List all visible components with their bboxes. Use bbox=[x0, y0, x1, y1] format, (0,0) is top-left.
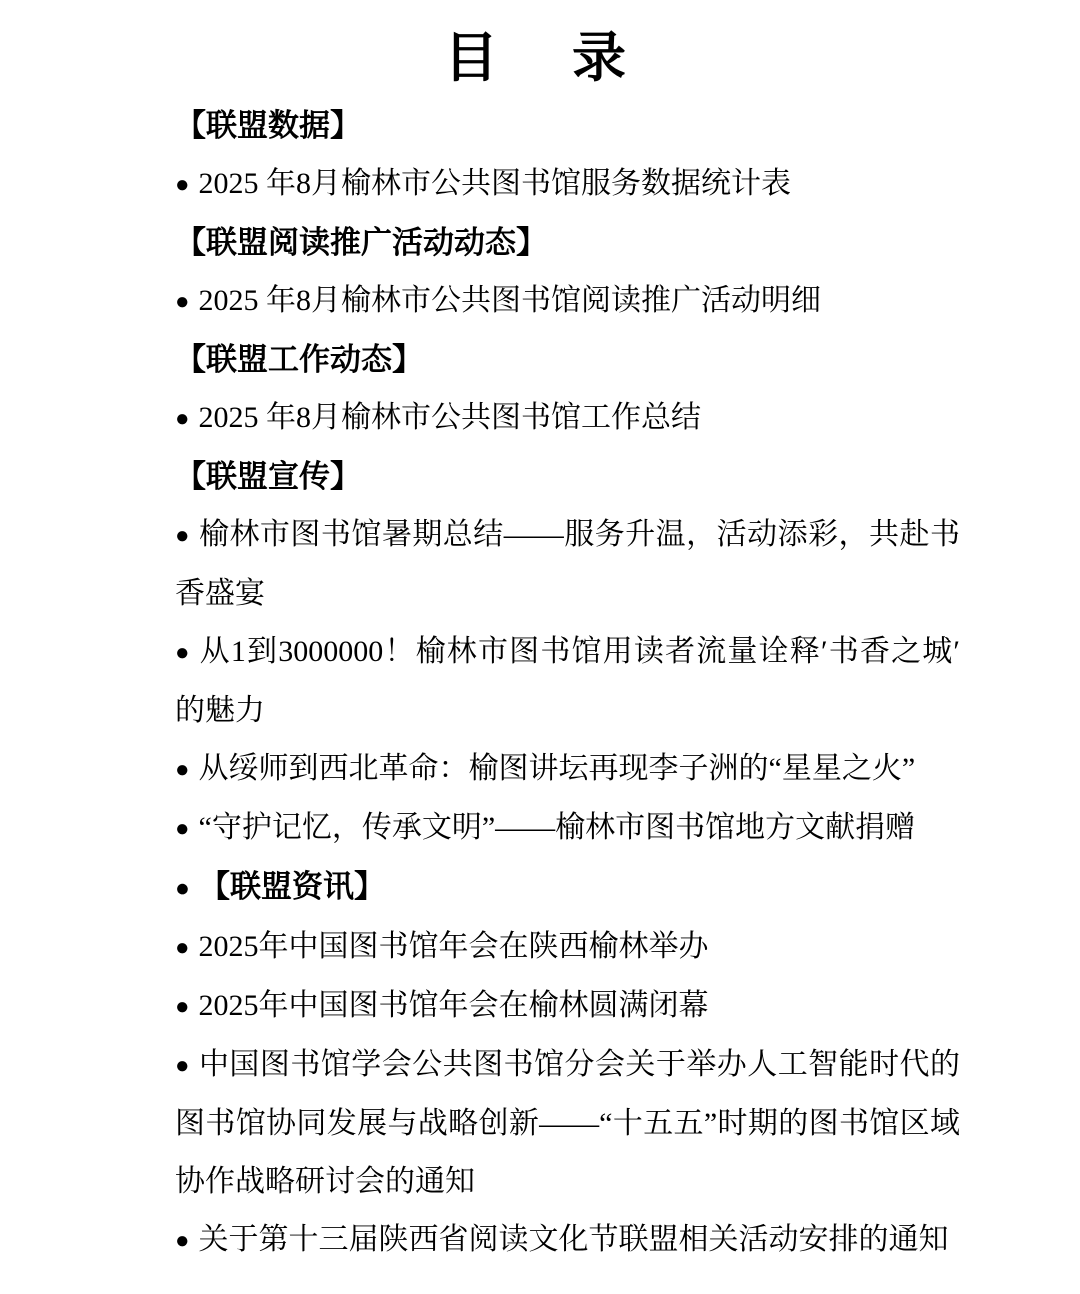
bullet-icon: ● bbox=[175, 1037, 190, 1095]
bullet-icon: ● bbox=[175, 624, 190, 682]
bullet-icon: ● bbox=[175, 860, 190, 918]
document-page: 目 录 【联盟数据】 ●2025 年8月榆林市公共图书馆服务数据统计表 【联盟阅… bbox=[0, 0, 1080, 1294]
toc-item-label: 2025 年8月榆林市公共图书馆阅读推广活动明细 bbox=[199, 284, 822, 317]
toc-item-label: 从绥师到西北革命：榆图讲坛再现李子洲的“星星之火” bbox=[199, 752, 916, 785]
toc-item-label: “守护记忆，传承文明”——榆林市图书馆地方文献捐赠 bbox=[199, 811, 916, 844]
toc-item-label: 2025年中国图书馆年会在榆林圆满闭幕 bbox=[199, 989, 709, 1022]
toc-item-label: 中国图书馆学会公共图书馆分会关于举办人工智能时代的图书馆协同发展与战略创新——“… bbox=[175, 1048, 960, 1198]
bullet-icon: ● bbox=[175, 741, 190, 799]
toc-section-heading: 【联盟阅读推广活动动态】 bbox=[175, 214, 960, 272]
toc-item: ●2025 年8月榆林市公共图书馆阅读推广活动明细 bbox=[175, 272, 960, 331]
toc-item: ●2025 年8月榆林市公共图书馆服务数据统计表 bbox=[175, 155, 960, 214]
toc-heading-label: 【联盟工作动态】 bbox=[175, 342, 423, 377]
toc-content: 【联盟数据】 ●2025 年8月榆林市公共图书馆服务数据统计表 【联盟阅读推广活… bbox=[175, 97, 960, 1270]
toc-item-label: 2025年中国图书馆年会在陕西榆林举办 bbox=[199, 930, 709, 963]
toc-item: ●榆林市图书馆暑期总结——服务升温，活动添彩，共赴书香盛宴 bbox=[175, 506, 960, 623]
bullet-icon: ● bbox=[175, 507, 190, 565]
bullet-icon: ● bbox=[175, 273, 190, 331]
toc-item: ●从绥师到西北革命：榆图讲坛再现李子洲的“星星之火” bbox=[175, 740, 960, 799]
toc-section-heading-with-bullet: ●【联盟资讯】 bbox=[175, 858, 960, 918]
bullet-icon: ● bbox=[175, 390, 190, 448]
toc-item-label: 2025 年8月榆林市公共图书馆工作总结 bbox=[199, 401, 702, 434]
bullet-icon: ● bbox=[175, 919, 190, 977]
toc-item-label: 从1到3000000！榆林市图书馆用读者流量诠释′书香之城′的魅力 bbox=[175, 635, 960, 727]
toc-item: ●2025 年8月榆林市公共图书馆工作总结 bbox=[175, 389, 960, 448]
toc-heading-label: 【联盟阅读推广活动动态】 bbox=[175, 225, 547, 260]
toc-heading-label: 【联盟数据】 bbox=[175, 108, 361, 143]
toc-section-heading: 【联盟宣传】 bbox=[175, 448, 960, 506]
page-title: 目 录 bbox=[0, 0, 1080, 91]
toc-item: ●从1到3000000！榆林市图书馆用读者流量诠释′书香之城′的魅力 bbox=[175, 623, 960, 740]
bullet-icon: ● bbox=[175, 1212, 190, 1270]
toc-section-heading: 【联盟数据】 bbox=[175, 97, 960, 155]
toc-item: ●2025年中国图书馆年会在陕西榆林举办 bbox=[175, 918, 960, 977]
toc-item: ●中国图书馆学会公共图书馆分会关于举办人工智能时代的图书馆协同发展与战略创新——… bbox=[175, 1036, 960, 1211]
toc-heading-label: 【联盟资讯】 bbox=[199, 869, 385, 904]
toc-item-label: 榆林市图书馆暑期总结——服务升温，活动添彩，共赴书香盛宴 bbox=[175, 518, 960, 610]
toc-heading-label: 【联盟宣传】 bbox=[175, 459, 361, 494]
toc-item: ●2025年中国图书馆年会在榆林圆满闭幕 bbox=[175, 977, 960, 1036]
bullet-icon: ● bbox=[175, 800, 190, 858]
toc-item-label: 关于第十三届陕西省阅读文化节联盟相关活动安排的通知 bbox=[199, 1223, 949, 1256]
toc-item-label: 2025 年8月榆林市公共图书馆服务数据统计表 bbox=[199, 167, 792, 200]
bullet-icon: ● bbox=[175, 978, 190, 1036]
toc-section-heading: 【联盟工作动态】 bbox=[175, 331, 960, 389]
toc-item: ●关于第十三届陕西省阅读文化节联盟相关活动安排的通知 bbox=[175, 1211, 960, 1270]
toc-item: ●“守护记忆，传承文明”——榆林市图书馆地方文献捐赠 bbox=[175, 799, 960, 858]
bullet-icon: ● bbox=[175, 156, 190, 214]
